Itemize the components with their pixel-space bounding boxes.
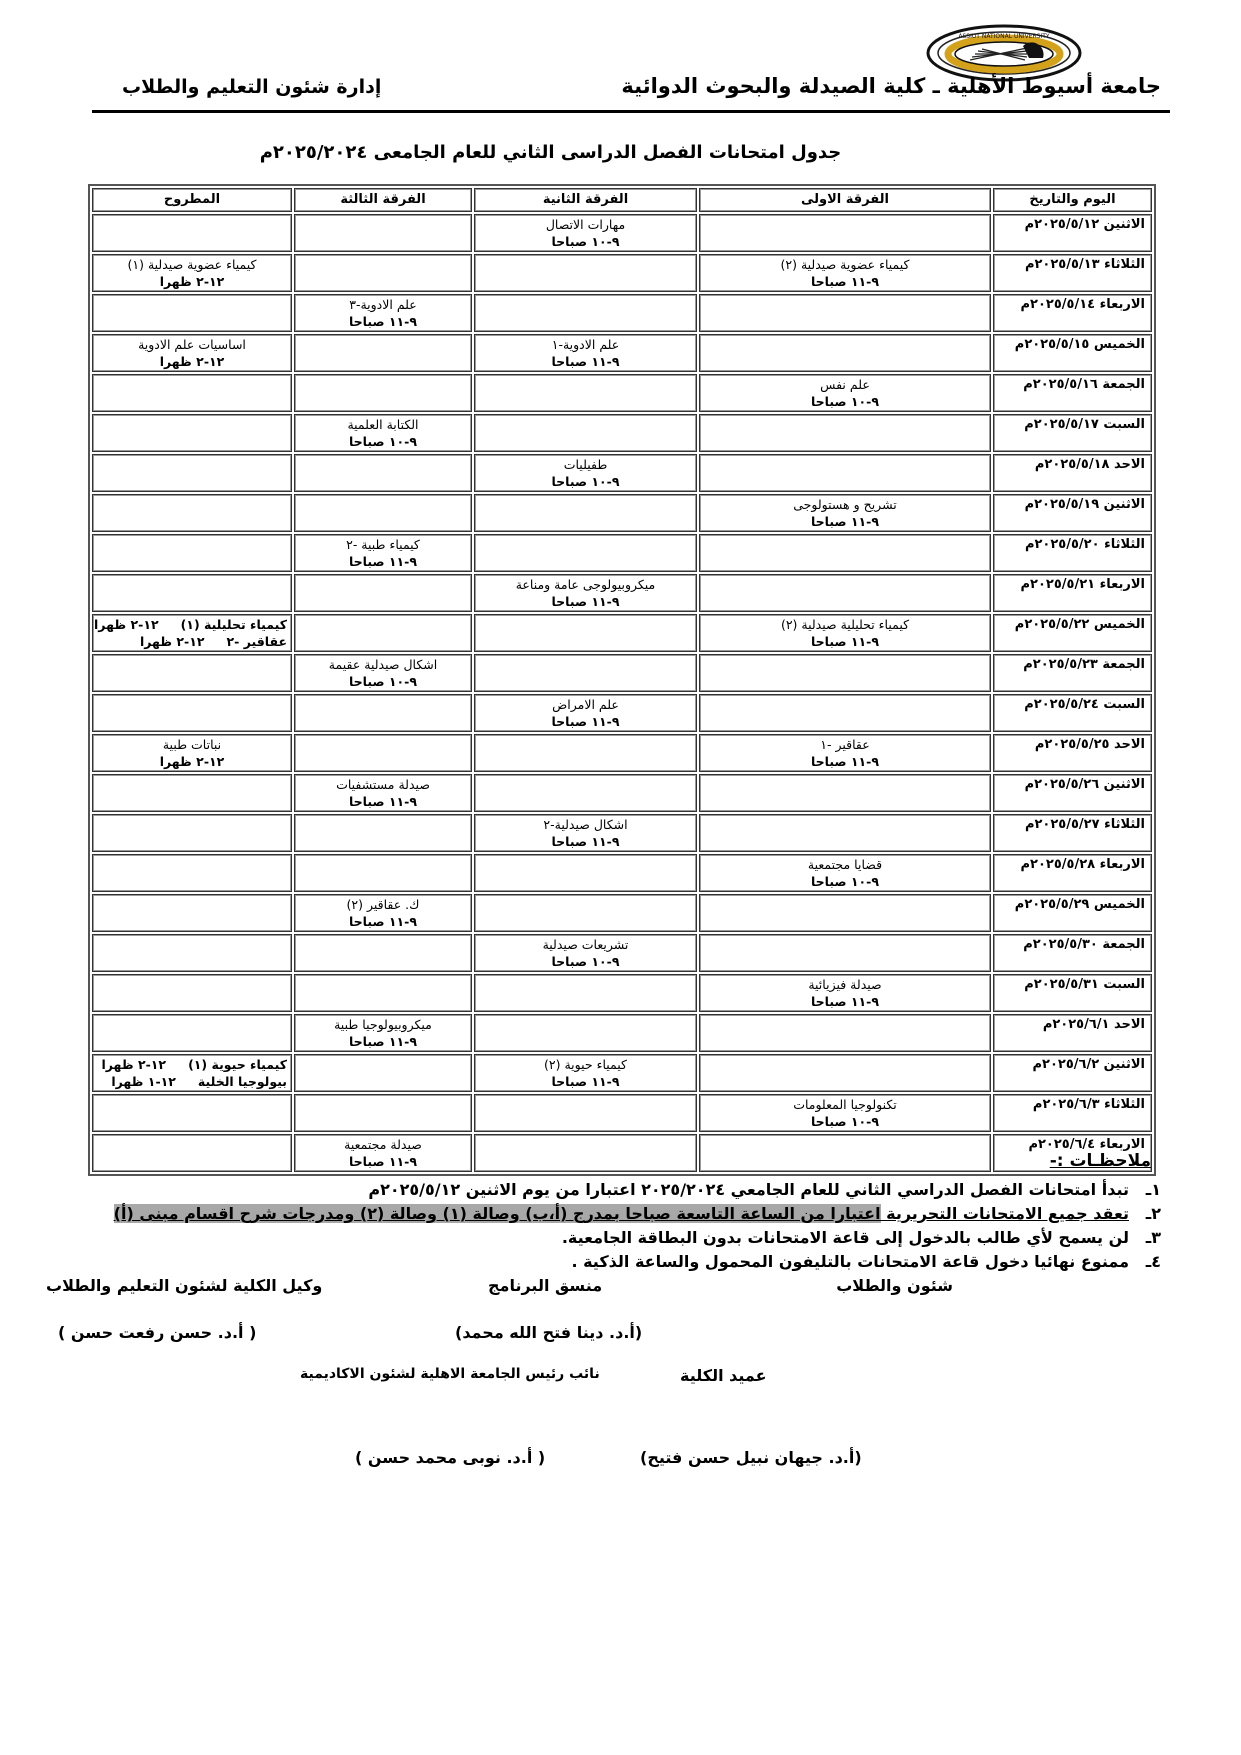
table-row: الاحد ٢٠٢٥/٦/١مميكروبيولوجيا طبية٩-١١ صب… xyxy=(92,1014,1152,1052)
note-text: تبدأ امتحانات الفصل الدراسي الثاني للعام… xyxy=(368,1180,1129,1199)
cell-second-year: تشريعات صيدلية٩-١٠ صباحا xyxy=(474,934,697,972)
header-divider xyxy=(92,110,1170,113)
cell-first-year xyxy=(699,814,991,852)
note-item-2: ٢ـتعقد جميع الامتحانات التحريرية اعتبارا… xyxy=(161,1202,1161,1226)
cell-carried: نباتات طبية١٢-٢ ظهرا xyxy=(92,734,292,772)
cell-first-year: قضايا مجتمعية٩-١٠ صباحا xyxy=(699,854,991,892)
cell-third-year xyxy=(294,254,472,292)
cell-third-year: علم الادوية-٣٩-١١ صباحا xyxy=(294,294,472,332)
note-item-1: ١ـتبدأ امتحانات الفصل الدراسي الثاني للع… xyxy=(161,1178,1161,1202)
cell-third-year xyxy=(294,334,472,372)
cell-third-year: صيدلة مستشفيات٩-١١ صباحا xyxy=(294,774,472,812)
exam-time: ٩-١١ صباحا xyxy=(298,793,468,810)
note-number: ٢ـ xyxy=(1129,1202,1161,1226)
cell-carried: كيمياء عضوية صيدلية (١)١٢-٢ ظهرا xyxy=(92,254,292,292)
cell-date: الثلاثاء ٢٠٢٥/٥/١٣م xyxy=(993,254,1152,292)
cell-first-year xyxy=(699,774,991,812)
cell-carried xyxy=(92,894,292,932)
exam-time: ١٢-٢ ظهرا xyxy=(140,634,205,649)
exam-time: ٩-١١ صباحا xyxy=(703,633,987,650)
table-row: الجمعة ٢٠٢٥/٥/٢٣ماشكال صيدلية عقيمة٩-١٠ … xyxy=(92,654,1152,692)
cell-date: الجمعة ٢٠٢٥/٥/٢٣م xyxy=(993,654,1152,692)
table-body: الاثنين ٢٠٢٥/٥/١٢ممهارات الاتصال٩-١٠ صبا… xyxy=(92,214,1152,1172)
exam-time: ٩-١٠ صباحا xyxy=(298,673,468,690)
cell-second-year xyxy=(474,414,697,452)
note-item-4: ٤ـممنوع نهائيا دخول قاعة الامتحانات بالت… xyxy=(161,1250,1161,1274)
signature-affairs-title: شئون والطلاب xyxy=(836,1276,953,1295)
cell-third-year xyxy=(294,974,472,1012)
table-row: الاربعاء ٢٠٢٥/٦/٤مصيدلة مجتمعية٩-١١ صباح… xyxy=(92,1134,1152,1172)
cell-carried xyxy=(92,454,292,492)
exam-subject: علم الادوية-١ xyxy=(478,336,693,353)
exam-subject: ميكروبيولوجى عامة ومناعة xyxy=(478,576,693,593)
cell-date: السبت ٢٠٢٥/٥/١٧م xyxy=(993,414,1152,452)
cell-first-year: علم نفس٩-١٠ صباحا xyxy=(699,374,991,412)
exam-subject: اشكال صيدلية عقيمة xyxy=(298,656,468,673)
cell-carried: كيمياء تحليلية (١)١٢-٢ ظهراعقاقير -٢١٢-٢… xyxy=(92,614,292,652)
cell-first-year xyxy=(699,214,991,252)
cell-date: السبت ٢٠٢٥/٥/٢٤م xyxy=(993,694,1152,732)
table-row: الثلاثاء ٢٠٢٥/٥/٢٧ماشكال صيدلية-٢٩-١١ صب… xyxy=(92,814,1152,852)
table-row: الاثنين ٢٠٢٥/٥/٢٦مصيدلة مستشفيات٩-١١ صبا… xyxy=(92,774,1152,812)
signature-vice-dean-title: وكيل الكلية لشئون التعليم والطلاب xyxy=(46,1276,322,1295)
cell-first-year: كيمياء عضوية صيدلية (٢)٩-١١ صباحا xyxy=(699,254,991,292)
cell-first-year: صيدلة فيزيائية٩-١١ صباحا xyxy=(699,974,991,1012)
exam-subject: بيولوجيا الخلية xyxy=(198,1074,287,1089)
exam-time: ٩-١١ صباحا xyxy=(478,1073,693,1090)
cell-third-year xyxy=(294,734,472,772)
exam-subject: كيمياء طبية -٢ xyxy=(298,536,468,553)
cell-carried: كيمياء حيوية (١)١٢-٢ ظهرابيولوجيا الخلية… xyxy=(92,1054,292,1092)
table-row: الاثنين ٢٠٢٥/٥/١٢ممهارات الاتصال٩-١٠ صبا… xyxy=(92,214,1152,252)
exam-subject: تشريعات صيدلية xyxy=(478,936,693,953)
column-header-carried: المطروح xyxy=(92,188,292,212)
cell-third-year xyxy=(294,374,472,412)
exam-time: ٩-١١ صباحا xyxy=(298,313,468,330)
note-number: ١ـ xyxy=(1129,1178,1161,1202)
cell-date: الاثنين ٢٠٢٥/٥/١٢م xyxy=(993,214,1152,252)
table-row: السبت ٢٠٢٥/٥/٣١مصيدلة فيزيائية٩-١١ صباحا xyxy=(92,974,1152,1012)
table-row: الاربعاء ٢٠٢٥/٥/٢٨مقضايا مجتمعية٩-١٠ صبا… xyxy=(92,854,1152,892)
exam-line: عقاقير -٢١٢-٢ ظهرا xyxy=(96,633,287,650)
exam-subject: تشريح و هستولوجى xyxy=(703,496,987,513)
cell-first-year: عقاقير -١٩-١١ صباحا xyxy=(699,734,991,772)
cell-carried xyxy=(92,974,292,1012)
exam-line: بيولوجيا الخلية١٢-١ ظهرا xyxy=(96,1073,287,1090)
table-row: السبت ٢٠٢٥/٥/٢٤معلم الامراض٩-١١ صباحا xyxy=(92,694,1152,732)
cell-second-year: طفيليات٩-١٠ صباحا xyxy=(474,454,697,492)
exam-time: ٩-١١ صباحا xyxy=(703,753,987,770)
university-college-title: جامعة أسيوط الأهلية ـ كلية الصيدلة والبح… xyxy=(621,74,1161,98)
exam-time: ٩-١٠ صباحا xyxy=(703,1113,987,1130)
cell-second-year xyxy=(474,654,697,692)
table-row: الخميس ٢٠٢٥/٥/١٥معلم الادوية-١٩-١١ صباحا… xyxy=(92,334,1152,372)
exam-subject: علم الادوية-٣ xyxy=(298,296,468,313)
department-title: إدارة شئون التعليم والطلاب xyxy=(122,76,381,98)
cell-third-year xyxy=(294,694,472,732)
column-header-second-year: الفرقة الثانية xyxy=(474,188,697,212)
cell-second-year xyxy=(474,294,697,332)
cell-carried xyxy=(92,494,292,532)
exam-subject: كيمياء عضوية صيدلية (١) xyxy=(96,256,288,273)
exam-line: كيمياء تحليلية (١)١٢-٢ ظهرا xyxy=(96,616,287,633)
exam-subject: صيدلة مجتمعية xyxy=(298,1136,468,1153)
exam-subject: كيمياء تحليلية صيدلية (٢) xyxy=(703,616,987,633)
exam-time: ٩-١٠ صباحا xyxy=(703,873,987,890)
note-text-highlighted: اعتبارا من الساعة التاسعة صباحا بمدرج (أ… xyxy=(114,1204,881,1223)
cell-carried xyxy=(92,414,292,452)
exam-time: ١٢-٢ ظهرا xyxy=(94,617,159,632)
cell-carried xyxy=(92,934,292,972)
cell-date: الاحد ٢٠٢٥/٦/١م xyxy=(993,1014,1152,1052)
table-row: الاربعاء ٢٠٢٥/٥/١٤معلم الادوية-٣٩-١١ صبا… xyxy=(92,294,1152,332)
cell-carried xyxy=(92,774,292,812)
cell-first-year xyxy=(699,654,991,692)
exam-subject: الكتابة العلمية xyxy=(298,416,468,433)
svg-text:ASSIUT NATIONAL UNIVERSITY: ASSIUT NATIONAL UNIVERSITY xyxy=(958,33,1050,40)
table-header-row: اليوم والتاريخ الفرقة الاولى الفرقة الثا… xyxy=(92,188,1152,212)
cell-third-year: ميكروبيولوجيا طبية٩-١١ صباحا xyxy=(294,1014,472,1052)
cell-carried xyxy=(92,1094,292,1132)
exam-time: ٩-١١ صباحا xyxy=(478,833,693,850)
cell-date: السبت ٢٠٢٥/٥/٣١م xyxy=(993,974,1152,1012)
cell-third-year xyxy=(294,814,472,852)
exam-time: ١٢-١ ظهرا xyxy=(111,1074,176,1089)
table-row: الاثنين ٢٠٢٥/٦/٢مكيمياء حيوية (٢)٩-١١ صب… xyxy=(92,1054,1152,1092)
table-row: الثلاثاء ٢٠٢٥/٥/٢٠مكيمياء طبية -٢٩-١١ صب… xyxy=(92,534,1152,572)
cell-date: الاثنين ٢٠٢٥/٥/٢٦م xyxy=(993,774,1152,812)
signature-dean-title: عميد الكلية xyxy=(680,1366,767,1385)
exam-time: ٩-١١ صباحا xyxy=(298,1153,468,1170)
exam-schedule-table: اليوم والتاريخ الفرقة الاولى الفرقة الثا… xyxy=(88,184,1156,1176)
cell-carried xyxy=(92,814,292,852)
exam-time: ١٢-٢ ظهرا xyxy=(96,753,288,770)
cell-carried xyxy=(92,1014,292,1052)
cell-carried xyxy=(92,574,292,612)
cell-third-year xyxy=(294,1054,472,1092)
cell-second-year xyxy=(474,374,697,412)
exam-time: ٩-١٠ صباحا xyxy=(478,473,693,490)
cell-first-year xyxy=(699,1054,991,1092)
cell-carried xyxy=(92,654,292,692)
table-row: الجمعة ٢٠٢٥/٥/٣٠متشريعات صيدلية٩-١٠ صباح… xyxy=(92,934,1152,972)
cell-third-year xyxy=(294,574,472,612)
signature-vice-president-name: ( أ.د. نوبى محمد حسن ) xyxy=(355,1448,545,1467)
cell-second-year xyxy=(474,894,697,932)
exam-subject: عقاقير -٢ xyxy=(227,634,287,649)
cell-carried xyxy=(92,534,292,572)
exam-subject: صيدلة فيزيائية xyxy=(703,976,987,993)
exam-subject: ميكروبيولوجيا طبية xyxy=(298,1016,468,1033)
cell-first-year xyxy=(699,454,991,492)
cell-date: الاثنين ٢٠٢٥/٦/٢م xyxy=(993,1054,1152,1092)
exam-subject: اشكال صيدلية-٢ xyxy=(478,816,693,833)
exam-subject: اساسيات علم الادوية xyxy=(96,336,288,353)
exam-subject: صيدلة مستشفيات xyxy=(298,776,468,793)
table-row: الخميس ٢٠٢٥/٥/٢٩مك. عقاقير (٢)٩-١١ صباحا xyxy=(92,894,1152,932)
note-text: ممنوع نهائيا دخول قاعة الامتحانات بالتلي… xyxy=(571,1252,1129,1271)
cell-first-year xyxy=(699,894,991,932)
table-row: الثلاثاء ٢٠٢٥/٥/١٣مكيمياء عضوية صيدلية (… xyxy=(92,254,1152,292)
cell-second-year xyxy=(474,494,697,532)
table-row: الاثنين ٢٠٢٥/٥/١٩متشريح و هستولوجى٩-١١ ص… xyxy=(92,494,1152,532)
cell-third-year xyxy=(294,454,472,492)
cell-date: الاربعاء ٢٠٢٥/٥/١٤م xyxy=(993,294,1152,332)
cell-first-year xyxy=(699,694,991,732)
cell-first-year: كيمياء تحليلية صيدلية (٢)٩-١١ صباحا xyxy=(699,614,991,652)
cell-first-year xyxy=(699,1134,991,1172)
exam-time: ٩-١١ صباحا xyxy=(478,353,693,370)
cell-first-year xyxy=(699,414,991,452)
cell-date: الاحد ٢٠٢٥/٥/١٨م xyxy=(993,454,1152,492)
notes-list: ١ـتبدأ امتحانات الفصل الدراسي الثاني للع… xyxy=(161,1178,1161,1274)
cell-second-year xyxy=(474,854,697,892)
cell-third-year: صيدلة مجتمعية٩-١١ صباحا xyxy=(294,1134,472,1172)
cell-date: الاحد ٢٠٢٥/٥/٢٥م xyxy=(993,734,1152,772)
exam-subject: تكنولوجيا المعلومات xyxy=(703,1096,987,1113)
cell-date: الثلاثاء ٢٠٢٥/٥/٢٠م xyxy=(993,534,1152,572)
note-text: تعقد جميع الامتحانات التحريرية xyxy=(881,1204,1129,1223)
exam-subject: كيمياء عضوية صيدلية (٢) xyxy=(703,256,987,273)
table-row: الاحد ٢٠٢٥/٥/٢٥معقاقير -١٩-١١ صباحانباتا… xyxy=(92,734,1152,772)
exam-time: ٩-١١ صباحا xyxy=(703,513,987,530)
exam-time: ٩-١١ صباحا xyxy=(703,273,987,290)
note-number: ٣ـ xyxy=(1129,1226,1161,1250)
cell-second-year: كيمياء حيوية (٢)٩-١١ صباحا xyxy=(474,1054,697,1092)
cell-date: الجمعة ٢٠٢٥/٥/٣٠م xyxy=(993,934,1152,972)
table-row: الخميس ٢٠٢٥/٥/٢٢مكيمياء تحليلية صيدلية (… xyxy=(92,614,1152,652)
cell-date: الثلاثاء ٢٠٢٥/٦/٣م xyxy=(993,1094,1152,1132)
document-title: جدول امتحانات الفصل الدراسى الثاني للعام… xyxy=(0,142,1241,163)
signature-coordinator-name: (أ.د. دينا فتح الله محمد) xyxy=(455,1323,642,1342)
cell-third-year: كيمياء طبية -٢٩-١١ صباحا xyxy=(294,534,472,572)
cell-carried xyxy=(92,854,292,892)
cell-third-year xyxy=(294,494,472,532)
cell-carried: اساسيات علم الادوية١٢-٢ ظهرا xyxy=(92,334,292,372)
exam-time: ١٢-٢ ظهرا xyxy=(96,273,288,290)
note-text: لن يسمح لأي طالب بالدخول إلى قاعة الامتح… xyxy=(562,1228,1129,1247)
cell-first-year xyxy=(699,934,991,972)
cell-third-year xyxy=(294,614,472,652)
exam-subject: طفيليات xyxy=(478,456,693,473)
cell-first-year xyxy=(699,294,991,332)
cell-second-year xyxy=(474,534,697,572)
cell-second-year xyxy=(474,614,697,652)
cell-second-year: علم الادوية-١٩-١١ صباحا xyxy=(474,334,697,372)
cell-third-year xyxy=(294,934,472,972)
cell-date: الخميس ٢٠٢٥/٥/٢٢م xyxy=(993,614,1152,652)
cell-date: الثلاثاء ٢٠٢٥/٥/٢٧م xyxy=(993,814,1152,852)
cell-second-year xyxy=(474,1094,697,1132)
notes-title: ملاحظـات :- xyxy=(1050,1151,1151,1171)
exam-time: ٩-١٠ صباحا xyxy=(478,953,693,970)
exam-subject: كيمياء تحليلية (١) xyxy=(181,617,287,632)
cell-third-year: الكتابة العلمية٩-١٠ صباحا xyxy=(294,414,472,452)
exam-time: ١٢-٢ ظهرا xyxy=(96,353,288,370)
cell-second-year: اشكال صيدلية-٢٩-١١ صباحا xyxy=(474,814,697,852)
exam-time: ٩-١٠ صباحا xyxy=(298,433,468,450)
exam-subject: نباتات طبية xyxy=(96,736,288,753)
cell-second-year xyxy=(474,734,697,772)
column-header-third-year: الفرقة الثالثة xyxy=(294,188,472,212)
table-row: الاحد ٢٠٢٥/٥/١٨مطفيليات٩-١٠ صباحا xyxy=(92,454,1152,492)
exam-subject: عقاقير -١ xyxy=(703,736,987,753)
cell-first-year: تكنولوجيا المعلومات٩-١٠ صباحا xyxy=(699,1094,991,1132)
cell-first-year xyxy=(699,534,991,572)
exam-time: ٩-١٠ صباحا xyxy=(478,233,693,250)
exam-subject: علم الامراض xyxy=(478,696,693,713)
cell-third-year xyxy=(294,1094,472,1132)
cell-carried xyxy=(92,294,292,332)
exam-subject: كيمياء حيوية (٢) xyxy=(478,1056,693,1073)
exam-time: ١٢-٢ ظهرا xyxy=(102,1057,167,1072)
table-row: الاربعاء ٢٠٢٥/٥/٢١مميكروبيولوجى عامة ومن… xyxy=(92,574,1152,612)
exam-subject: علم نفس xyxy=(703,376,987,393)
column-header-date: اليوم والتاريخ xyxy=(993,188,1152,212)
cell-second-year xyxy=(474,1134,697,1172)
exam-line: كيمياء حيوية (١)١٢-٢ ظهرا xyxy=(96,1056,287,1073)
cell-second-year: علم الامراض٩-١١ صباحا xyxy=(474,694,697,732)
exam-subject: ك. عقاقير (٢) xyxy=(298,896,468,913)
cell-second-year xyxy=(474,774,697,812)
table-row: السبت ٢٠٢٥/٥/١٧مالكتابة العلمية٩-١٠ صباح… xyxy=(92,414,1152,452)
note-item-3: ٣ـلن يسمح لأي طالب بالدخول إلى قاعة الام… xyxy=(161,1226,1161,1250)
exam-time: ٩-١١ صباحا xyxy=(478,593,693,610)
exam-subject: مهارات الاتصال xyxy=(478,216,693,233)
cell-date: الاثنين ٢٠٢٥/٥/١٩م xyxy=(993,494,1152,532)
exam-time: ٩-١١ صباحا xyxy=(478,713,693,730)
cell-third-year: ك. عقاقير (٢)٩-١١ صباحا xyxy=(294,894,472,932)
column-header-first-year: الفرقة الاولى xyxy=(699,188,991,212)
table-row: الجمعة ٢٠٢٥/٥/١٦معلم نفس٩-١٠ صباحا xyxy=(92,374,1152,412)
cell-date: الجمعة ٢٠٢٥/٥/١٦م xyxy=(993,374,1152,412)
exam-subject: قضايا مجتمعية xyxy=(703,856,987,873)
exam-time: ٩-١١ صباحا xyxy=(298,1033,468,1050)
cell-date: الاربعاء ٢٠٢٥/٥/٢١م xyxy=(993,574,1152,612)
cell-carried xyxy=(92,214,292,252)
cell-first-year xyxy=(699,334,991,372)
signature-vice-dean-name: ( أ.د. حسن رفعت حسن ) xyxy=(58,1323,256,1342)
exam-time: ٩-١٠ صباحا xyxy=(703,393,987,410)
cell-second-year: ميكروبيولوجى عامة ومناعة٩-١١ صباحا xyxy=(474,574,697,612)
cell-second-year xyxy=(474,1014,697,1052)
exam-time: ٩-١١ صباحا xyxy=(298,913,468,930)
cell-first-year: تشريح و هستولوجى٩-١١ صباحا xyxy=(699,494,991,532)
signature-vice-president-title: نائب رئيس الجامعة الاهلية لشئون الاكاديم… xyxy=(300,1366,600,1382)
cell-second-year: مهارات الاتصال٩-١٠ صباحا xyxy=(474,214,697,252)
cell-first-year xyxy=(699,1014,991,1052)
cell-third-year xyxy=(294,214,472,252)
cell-carried xyxy=(92,374,292,412)
signature-dean-name: (أ.د. جيهان نبيل حسن فتيح) xyxy=(640,1448,862,1467)
cell-date: الاربعاء ٢٠٢٥/٥/٢٨م xyxy=(993,854,1152,892)
cell-third-year: اشكال صيدلية عقيمة٩-١٠ صباحا xyxy=(294,654,472,692)
exam-time: ٩-١١ صباحا xyxy=(298,553,468,570)
cell-second-year xyxy=(474,254,697,292)
note-number: ٤ـ xyxy=(1129,1250,1161,1274)
exam-subject: كيمياء حيوية (١) xyxy=(188,1057,287,1072)
cell-date: الخميس ٢٠٢٥/٥/١٥م xyxy=(993,334,1152,372)
cell-carried xyxy=(92,1134,292,1172)
cell-second-year xyxy=(474,974,697,1012)
cell-first-year xyxy=(699,574,991,612)
signature-coordinator-title: منسق البرنامج xyxy=(488,1276,602,1295)
cell-carried xyxy=(92,694,292,732)
cell-date: الخميس ٢٠٢٥/٥/٢٩م xyxy=(993,894,1152,932)
cell-third-year xyxy=(294,854,472,892)
table-row: الثلاثاء ٢٠٢٥/٦/٣متكنولوجيا المعلومات٩-١… xyxy=(92,1094,1152,1132)
exam-time: ٩-١١ صباحا xyxy=(703,993,987,1010)
